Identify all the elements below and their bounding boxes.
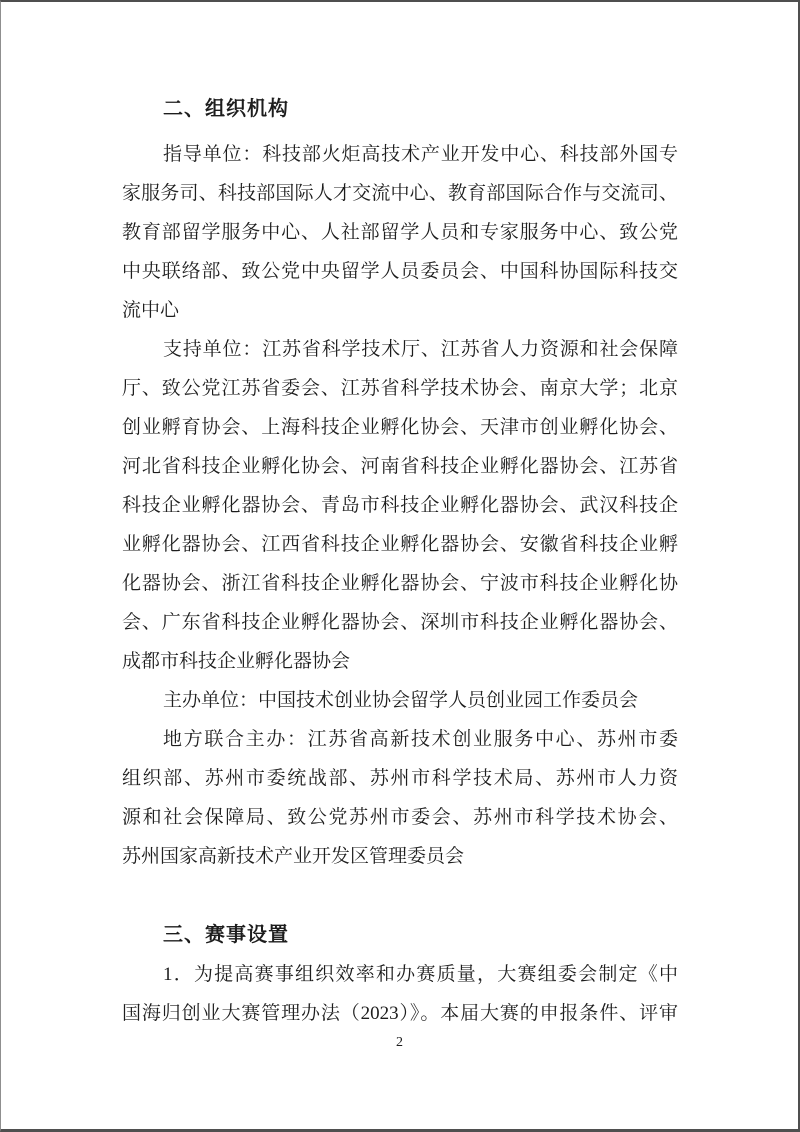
text-line: 苏州国家高新技术产业开发区管理委员会 bbox=[122, 837, 678, 876]
text-line: 厅、致公党江苏省委会、江苏省科学技术协会、南京大学；北京 bbox=[122, 369, 678, 408]
page-number: 2 bbox=[1, 1035, 798, 1051]
paragraph-supporting-units: 支持单位：江苏省科学技术厅、江苏省人力资源和社会保障 厅、致公党江苏省委会、江苏… bbox=[122, 330, 678, 681]
paragraph-competition-rules: 1．为提高赛事组织效率和办赛质量，大赛组委会制定《中 国海归创业大赛管理办法（2… bbox=[122, 955, 678, 1033]
text-line: 创业孵育协会、上海科技企业孵化协会、天津市创业孵化协会、 bbox=[122, 408, 678, 447]
text-line: 指导单位：科技部火炬高技术产业开发中心、科技部外国专 bbox=[122, 135, 678, 174]
page-content: 二、组织机构 指导单位：科技部火炬高技术产业开发中心、科技部外国专 家服务司、科… bbox=[1, 2, 798, 1033]
document-page: 二、组织机构 指导单位：科技部火炬高技术产业开发中心、科技部外国专 家服务司、科… bbox=[0, 0, 800, 1132]
text-line: 源和社会保障局、致公党苏州市委会、苏州市科学技术协会、 bbox=[122, 798, 678, 837]
text-line: 家服务司、科技部国际人才交流中心、教育部国际合作与交流司、 bbox=[122, 174, 678, 213]
paragraph-host-unit: 主办单位：中国技术创业协会留学人员创业园工作委员会 bbox=[122, 681, 678, 720]
text-line: 成都市科技企业孵化器协会 bbox=[122, 642, 678, 681]
text-line: 教育部留学服务中心、人社部留学人员和专家服务中心、致公党 bbox=[122, 213, 678, 252]
paragraph-local-cohosts: 地方联合主办：江苏省高新技术创业服务中心、苏州市委 组织部、苏州市委统战部、苏州… bbox=[122, 720, 678, 876]
text-line: 河北省科技企业孵化协会、河南省科技企业孵化器协会、江苏省 bbox=[122, 447, 678, 486]
text-line: 国海归创业大赛管理办法（2023）》。本届大赛的申报条件、评审 bbox=[122, 994, 678, 1033]
section-heading-organization: 二、组织机构 bbox=[122, 90, 678, 129]
text-line: 中央联络部、致公党中央留学人员委员会、中国科协国际科技交 bbox=[122, 252, 678, 291]
text-line: 科技企业孵化器协会、青岛市科技企业孵化器协会、武汉科技企 bbox=[122, 486, 678, 525]
text-line: 支持单位：江苏省科学技术厅、江苏省人力资源和社会保障 bbox=[122, 330, 678, 369]
text-line: 组织部、苏州市委统战部、苏州市科学技术局、苏州市人力资 bbox=[122, 759, 678, 798]
text-line: 主办单位：中国技术创业协会留学人员创业园工作委员会 bbox=[122, 681, 678, 720]
text-line: 1．为提高赛事组织效率和办赛质量，大赛组委会制定《中 bbox=[122, 955, 678, 994]
text-line: 会、广东省科技企业孵化器协会、深圳市科技企业孵化器协会、 bbox=[122, 603, 678, 642]
paragraph-guiding-units: 指导单位：科技部火炬高技术产业开发中心、科技部外国专 家服务司、科技部国际人才交… bbox=[122, 135, 678, 330]
text-line: 流中心 bbox=[122, 291, 678, 330]
text-line: 业孵化器协会、江西省科技企业孵化器协会、安徽省科技企业孵 bbox=[122, 525, 678, 564]
text-line: 化器协会、浙江省科技企业孵化器协会、宁波市科技企业孵化协 bbox=[122, 564, 678, 603]
section-heading-events: 三、赛事设置 bbox=[122, 916, 678, 955]
text-line: 地方联合主办：江苏省高新技术创业服务中心、苏州市委 bbox=[122, 720, 678, 759]
